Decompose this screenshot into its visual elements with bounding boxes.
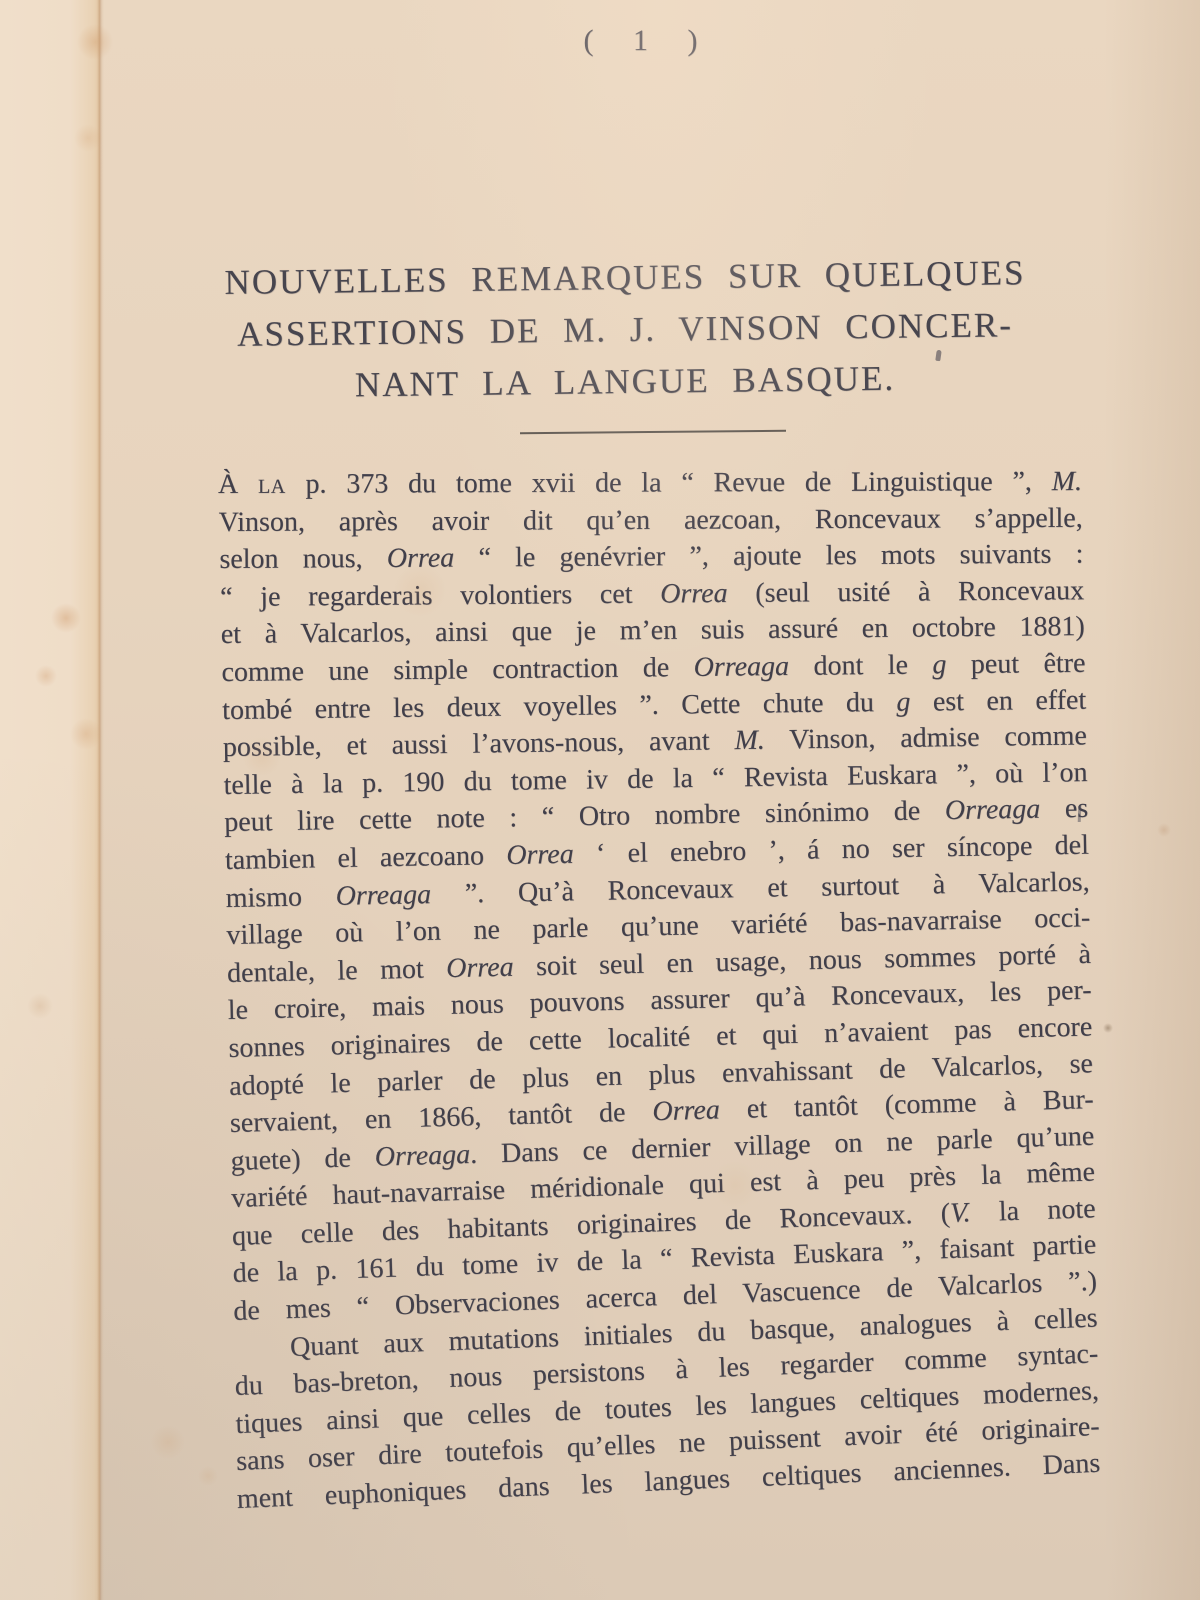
text-segment: tombé entre les deux voyelles ”. Cette c… bbox=[222, 686, 897, 725]
text-segment: À bbox=[218, 469, 258, 500]
italic-text: M. bbox=[1052, 466, 1082, 497]
italic-text: Orrea bbox=[446, 951, 514, 983]
italic-text: Orrea bbox=[387, 543, 455, 574]
text-segment: dentale, le mot bbox=[227, 953, 447, 989]
text-segment: NANT LA LANGUE BASQUE. bbox=[355, 359, 896, 405]
text-segment: NOUVELLES REMARQUES SUR QUELQUES bbox=[224, 253, 1025, 302]
italic-text: M. J. bbox=[563, 310, 656, 350]
text-segment: selon nous, bbox=[219, 543, 387, 575]
text-segment: comme une simple contraction de bbox=[221, 652, 693, 688]
text-segment: guete) de bbox=[230, 1141, 375, 1176]
text-segment: Vinson, après avoir dit qu’en aezcoan, R… bbox=[219, 502, 1083, 537]
body-text: À la p. 373 du tome xvii de la “ Revue d… bbox=[218, 466, 1082, 1519]
text-segment: dont le bbox=[789, 649, 933, 682]
small-caps-text: la bbox=[258, 469, 286, 500]
text-segment: et à Valcarlos, ainsi que je m’en suis a… bbox=[221, 611, 1085, 650]
body-line: À la p. 373 du tome xvii de la “ Revue d… bbox=[218, 463, 1082, 504]
scanned-book-page: ( 1 ) NOUVELLES REMARQUES SUR QUELQUESAS… bbox=[0, 0, 1200, 1600]
text-segment: possible, et aussi l’avons-nous, avant bbox=[223, 725, 735, 763]
stray-ink-dash bbox=[1078, 806, 1082, 822]
title-rule bbox=[520, 430, 786, 435]
italic-text: g bbox=[896, 686, 910, 717]
italic-text: Orrea bbox=[652, 1095, 720, 1128]
text-segment: ‘ el enebro ’, á no ser síncope del bbox=[573, 830, 1089, 870]
italic-text: Orrea bbox=[506, 839, 574, 871]
italic-text: Orrea bbox=[660, 578, 728, 610]
page-number: ( 1 ) bbox=[545, 24, 745, 58]
text-segment: mismo bbox=[225, 880, 336, 913]
binding-crease bbox=[97, 0, 104, 1600]
body-line: Vinson, après avoir dit qu’en aezcoan, R… bbox=[219, 499, 1083, 541]
italic-text: M. bbox=[734, 725, 765, 756]
italic-text: g bbox=[932, 649, 946, 680]
italic-text: Orreaga bbox=[374, 1139, 470, 1173]
italic-text: V. bbox=[950, 1197, 971, 1229]
text-segment: est en effet bbox=[910, 684, 1086, 717]
text-segment: la note bbox=[970, 1193, 1096, 1228]
italic-text: Orreaga bbox=[693, 651, 789, 683]
italic-text: Orreaga bbox=[335, 879, 431, 912]
italic-text: Orreaga bbox=[945, 794, 1041, 827]
title-line: NANT LA LANGUE BASQUE. bbox=[170, 350, 1081, 413]
text-segment: ASSERTIONS DE bbox=[237, 311, 563, 354]
text-segment: (seul usité à Roncevaux bbox=[727, 575, 1084, 609]
page-title: NOUVELLES REMARQUES SUR QUELQUESASSERTIO… bbox=[170, 252, 1080, 408]
text-segment: Vinson, admise comme bbox=[765, 721, 1087, 756]
text-segment: tambien el aezcoano bbox=[225, 840, 507, 876]
text-segment: VINSON CONCER- bbox=[656, 305, 1013, 348]
text-segment: p. 373 du tome xvii de la “ Revue de Lin… bbox=[286, 466, 1052, 500]
text-segment: “ je regarderais volontiers cet bbox=[220, 578, 660, 612]
page-under-edge bbox=[0, 0, 100, 1600]
text-segment: “ le genévrier ”, ajoute les mots suivan… bbox=[454, 539, 1083, 574]
text-segment: peut être bbox=[946, 648, 1085, 680]
